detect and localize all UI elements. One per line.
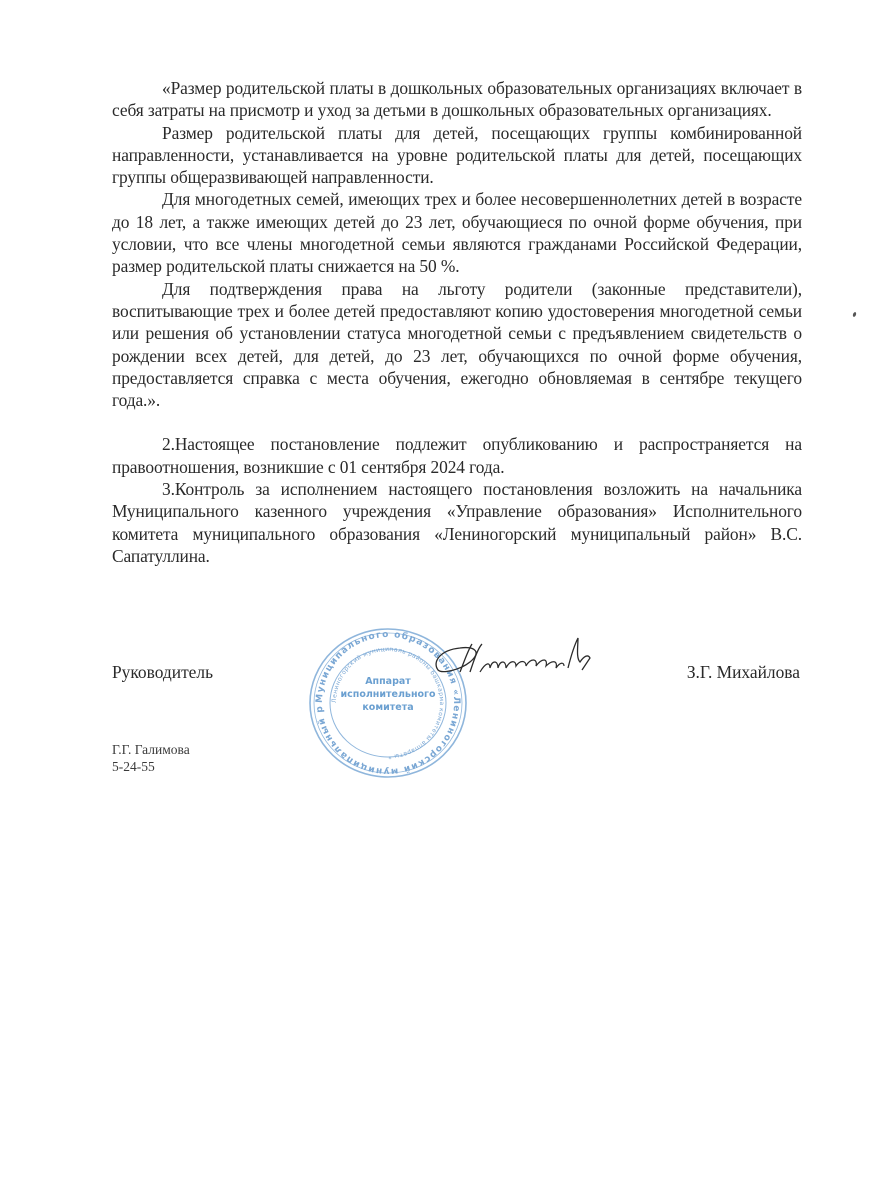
scan-speck <box>852 312 857 318</box>
executor-phone: 5-24-55 <box>112 758 190 775</box>
paragraph-parental-fee-definition: «Размер родительской платы в дошкольных … <box>112 77 802 122</box>
signatory-title: Руководитель <box>112 662 213 683</box>
paragraph-combined-groups-fee: Размер родительской платы для детей, пос… <box>112 122 802 189</box>
paragraph-benefit-confirmation: Для подтверждения права на льготу родите… <box>112 278 802 412</box>
paragraph-large-family-discount: Для многодетных семей, имеющих трех и бо… <box>112 188 802 277</box>
executor-name: Г.Г. Галимова <box>112 741 190 758</box>
stamp-center-line-3: комитета <box>298 702 478 714</box>
paragraph-control-clause: 3.Контроль за исполнением настоящего пос… <box>112 478 802 567</box>
signatory-name: З.Г. Михайлова <box>687 662 800 683</box>
executor-info: Г.Г. Галимова 5-24-55 <box>112 741 190 775</box>
paragraph-publication-clause: 2.Настоящее постановление подлежит опубл… <box>112 433 802 478</box>
signature-block: Руководитель З.Г. Михайлова <box>112 662 802 686</box>
document-body: «Размер родительской платы в дошкольных … <box>112 77 802 567</box>
